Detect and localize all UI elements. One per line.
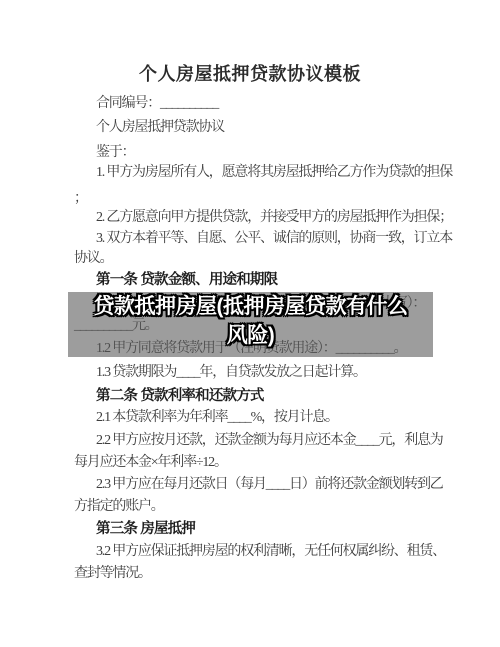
doc-heading-article-1: 第一条 贷款金额、用途和期限 <box>96 272 491 288</box>
doc-line-3-2: 3.2 甲方应保证抵押房屋的权利清晰，无任何权属纠纷、租赁、 <box>96 544 491 560</box>
doc-line-item-1: 1. 甲方为房屋所有人，愿意将其房屋抵押给乙方作为贷款的担保 <box>96 165 491 181</box>
doc-line-item-1-cont: ； <box>74 191 469 207</box>
doc-line-2-3-cont: 方指定的账户。 <box>74 499 469 515</box>
doc-line-subtitle: 个人房屋抵押贷款协议 <box>96 120 491 136</box>
document-title: 个人房屋抵押贷款协议模板 <box>0 60 500 86</box>
doc-line-2-3: 2.3 甲方应在每月还款日（每月____日）前将还款金额划转到乙 <box>96 477 491 493</box>
overlay-headline-line-2: 风险) <box>68 321 433 350</box>
doc-line-contract-number: 合同编号：__________ <box>96 96 491 112</box>
doc-heading-article-3: 第三条 房屋抵押 <box>96 521 491 537</box>
doc-line-3-2-cont: 查封等情况。 <box>74 566 469 582</box>
doc-heading-article-2: 第二条 贷款利率和还款方式 <box>96 388 491 404</box>
doc-line-item-3: 3. 双方本着平等、自愿、公平、诚信的原则，协商一致，订立本 <box>96 231 491 247</box>
overlay-headline: 贷款抵押房屋(抵押房屋贷款有什么 风险) <box>68 292 433 350</box>
doc-line-item-3-cont: 协议。 <box>74 251 469 267</box>
doc-line-item-2: 2. 乙方愿意向甲方提供贷款，并接受甲方的房屋抵押作为担保； <box>96 210 491 226</box>
document-page: 个人房屋抵押贷款协议模板 合同编号：__________ 个人房屋抵押贷款协议 … <box>0 0 500 647</box>
doc-line-2-2-cont: 每月应还本金×年利率÷12。 <box>74 455 469 471</box>
doc-line-1-3: 1.3 贷款期限为____年，自贷款发放之日起计算。 <box>96 365 491 381</box>
watermark-overlay: 1.1 乙方同意向甲方提供贷款，贷款金额为人民币（大写）： __________… <box>68 292 433 357</box>
doc-line-2-1: 2.1 本贷款利率为年利率____%，按月计息。 <box>96 410 491 426</box>
doc-line-2-2: 2.2 甲方应按月还款，还款金额为每月应还本金____元，利息为 <box>96 433 491 449</box>
doc-line-whereas: 鉴于： <box>96 145 491 161</box>
overlay-headline-line-1: 贷款抵押房屋(抵押房屋贷款有什么 <box>68 292 433 321</box>
